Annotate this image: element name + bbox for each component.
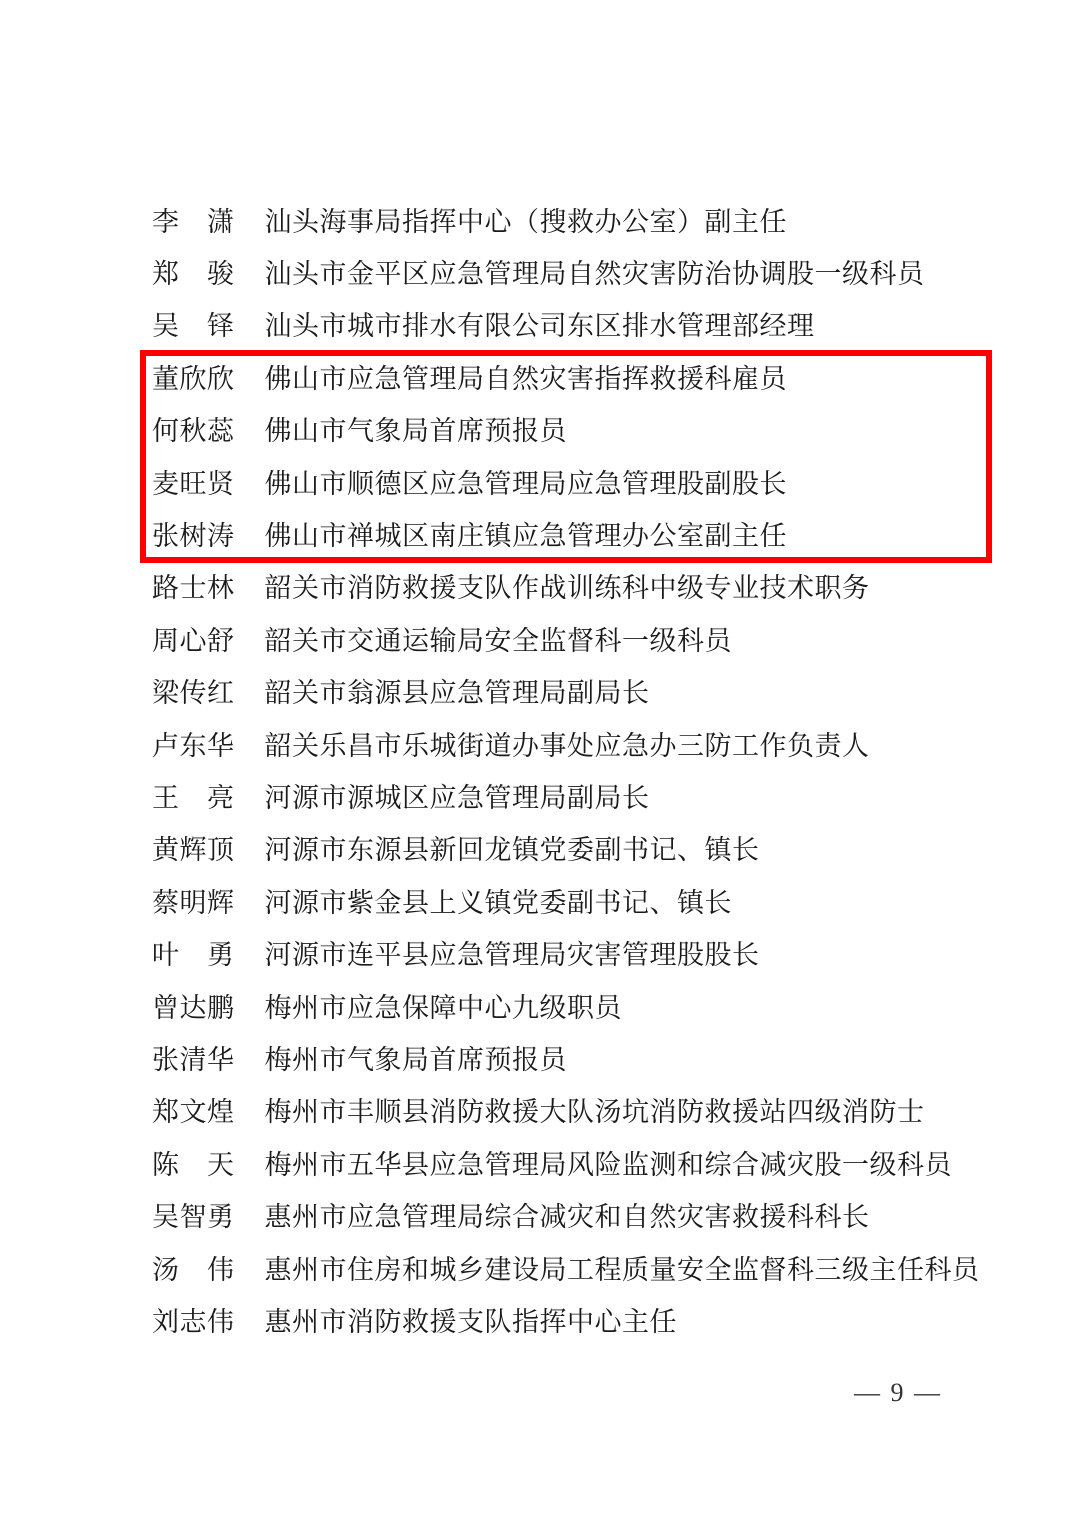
person-title: 河源市源城区应急管理局副局长 <box>265 785 650 812</box>
person-title: 韶关市交通运输局安全监督科一级科员 <box>265 628 733 655</box>
roster-row: 叶 勇 河源市连平县应急管理局灾害管理股股长 <box>0 929 1080 981</box>
person-name: 卢东华 <box>152 733 235 760</box>
roster-row: 曾达鹏 梅州市应急保障中心九级职员 <box>0 982 1080 1034</box>
person-name: 何秋蕊 <box>152 418 235 445</box>
person-name: 蔡明辉 <box>152 890 235 917</box>
roster-row: 李 潇 汕头海事局指挥中心（搜救办公室）副主任 <box>0 196 1080 248</box>
roster-row: 张树涛 佛山市禅城区南庄镇应急管理办公室副主任 <box>0 510 1080 562</box>
person-title: 河源市连平县应急管理局灾害管理股股长 <box>265 942 760 969</box>
roster-row: 董欣欣 佛山市应急管理局自然灾害指挥救援科雇员 <box>0 353 1080 405</box>
person-name: 周心舒 <box>152 628 235 655</box>
person-title: 惠州市消防救援支队指挥中心主任 <box>265 1309 678 1336</box>
person-title: 佛山市禅城区南庄镇应急管理办公室副主任 <box>265 523 788 550</box>
roster-row: 吴智勇 惠州市应急管理局综合减灾和自然灾害救援科科长 <box>0 1191 1080 1243</box>
roster-row: 陈 天 梅州市五华县应急管理局风险监测和综合减灾股一级科员 <box>0 1139 1080 1191</box>
person-title: 韶关乐昌市乐城街道办事处应急办三防工作负责人 <box>265 733 870 760</box>
person-name: 王 亮 <box>152 785 235 812</box>
person-title: 佛山市顺德区应急管理局应急管理股副股长 <box>265 471 788 498</box>
person-title: 汕头市金平区应急管理局自然灾害防治协调股一级科员 <box>265 261 925 288</box>
document-page: 李 潇 汕头海事局指挥中心（搜救办公室）副主任 郑 骏 汕头市金平区应急管理局自… <box>0 0 1080 1528</box>
person-name: 吴智勇 <box>152 1204 235 1231</box>
person-name: 叶 勇 <box>152 942 235 969</box>
roster-row: 郑文煌 梅州市丰顺县消防救援大队汤坑消防救援站四级消防士 <box>0 1087 1080 1139</box>
roster-row: 周心舒 韶关市交通运输局安全监督科一级科员 <box>0 615 1080 667</box>
roster-row: 刘志伟 惠州市消防救援支队指挥中心主任 <box>0 1296 1080 1348</box>
person-name: 张树涛 <box>152 523 235 550</box>
roster-row: 卢东华 韶关乐昌市乐城街道办事处应急办三防工作负责人 <box>0 720 1080 772</box>
person-title: 河源市东源县新回龙镇党委副书记、镇长 <box>265 837 760 864</box>
roster-row: 郑 骏 汕头市金平区应急管理局自然灾害防治协调股一级科员 <box>0 248 1080 300</box>
person-title: 韶关市翁源县应急管理局副局长 <box>265 680 650 707</box>
person-name: 郑文煌 <box>152 1099 235 1126</box>
roster-row: 王 亮 河源市源城区应急管理局副局长 <box>0 772 1080 824</box>
person-title: 韶关市消防救援支队作战训练科中级专业技术职务 <box>265 575 870 602</box>
person-title: 汕头市城市排水有限公司东区排水管理部经理 <box>265 313 815 340</box>
person-name: 董欣欣 <box>152 366 235 393</box>
person-name: 张清华 <box>152 1047 235 1074</box>
person-title: 梅州市气象局首席预报员 <box>265 1047 568 1074</box>
person-title: 梅州市五华县应急管理局风险监测和综合减灾股一级科员 <box>265 1152 953 1179</box>
person-name: 刘志伟 <box>152 1309 235 1336</box>
person-title: 惠州市应急管理局综合减灾和自然灾害救援科科长 <box>265 1204 870 1231</box>
page-number: — 9 — <box>854 1378 942 1408</box>
roster-row: 蔡明辉 河源市紫金县上义镇党委副书记、镇长 <box>0 877 1080 929</box>
person-name: 汤 伟 <box>152 1257 235 1284</box>
roster-row: 黄辉顶 河源市东源县新回龙镇党委副书记、镇长 <box>0 825 1080 877</box>
roster-row: 梁传红 韶关市翁源县应急管理局副局长 <box>0 668 1080 720</box>
roster-row: 张清华 梅州市气象局首席预报员 <box>0 1034 1080 1086</box>
person-title: 汕头海事局指挥中心（搜救办公室）副主任 <box>265 209 788 236</box>
person-name: 麦旺贤 <box>152 471 235 498</box>
person-title: 梅州市丰顺县消防救援大队汤坑消防救援站四级消防士 <box>265 1099 925 1126</box>
person-title: 河源市紫金县上义镇党委副书记、镇长 <box>265 890 733 917</box>
roster-row: 路士林 韶关市消防救援支队作战训练科中级专业技术职务 <box>0 563 1080 615</box>
roster-row: 麦旺贤 佛山市顺德区应急管理局应急管理股副股长 <box>0 458 1080 510</box>
person-title: 佛山市气象局首席预报员 <box>265 418 568 445</box>
person-name: 路士林 <box>152 575 235 602</box>
person-name: 郑 骏 <box>152 261 235 288</box>
person-name: 吴 铎 <box>152 313 235 340</box>
person-title: 惠州市住房和城乡建设局工程质量安全监督科三级主任科员 <box>265 1257 980 1284</box>
person-name: 黄辉顶 <box>152 837 235 864</box>
person-title: 佛山市应急管理局自然灾害指挥救援科雇员 <box>265 366 788 393</box>
roster-row: 何秋蕊 佛山市气象局首席预报员 <box>0 406 1080 458</box>
roster-list: 李 潇 汕头海事局指挥中心（搜救办公室）副主任 郑 骏 汕头市金平区应急管理局自… <box>0 196 1080 1349</box>
person-name: 李 潇 <box>152 209 235 236</box>
roster-row: 汤 伟 惠州市住房和城乡建设局工程质量安全监督科三级主任科员 <box>0 1244 1080 1296</box>
person-name: 梁传红 <box>152 680 235 707</box>
person-name: 曾达鹏 <box>152 995 235 1022</box>
roster-row: 吴 铎 汕头市城市排水有限公司东区排水管理部经理 <box>0 301 1080 353</box>
person-name: 陈 天 <box>152 1152 235 1179</box>
person-title: 梅州市应急保障中心九级职员 <box>265 995 623 1022</box>
